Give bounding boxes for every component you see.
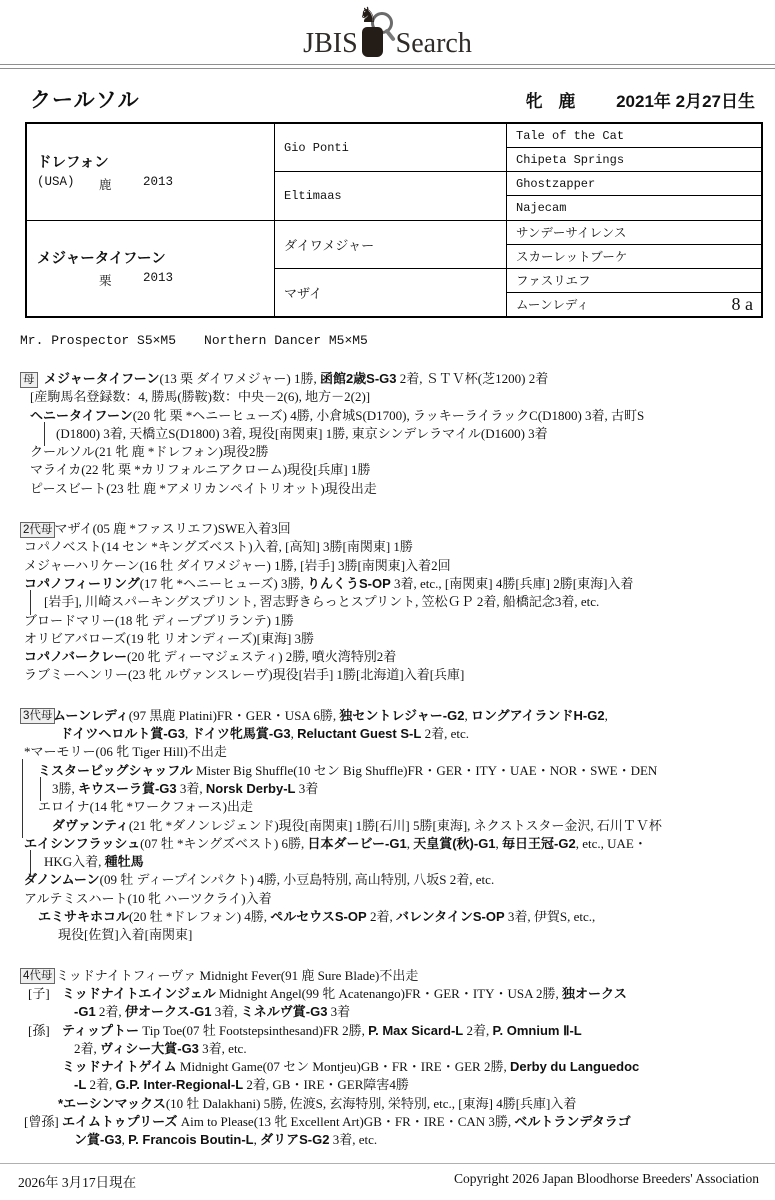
text: 2着, bbox=[463, 1023, 492, 1038]
text: 3着 bbox=[327, 1004, 350, 1019]
great-grandparent-cell: Tale of the Cat bbox=[507, 124, 761, 147]
pedigree-line: クールソル(21 牝 鹿 *ドレフォン)現役2勝 bbox=[0, 443, 775, 461]
text: 3着, 伊賀S, etc., bbox=[505, 909, 596, 924]
great-grandparent-cell: Ghostzapper bbox=[507, 172, 761, 195]
emphasized-text: *エーシンマックス bbox=[58, 1096, 166, 1111]
text: 3着, etc. bbox=[329, 1132, 377, 1147]
emphasized-text: ダヴァンティ bbox=[52, 818, 129, 833]
horse-summary: 牝 鹿 2021年 2月27日生 bbox=[526, 87, 755, 112]
text: Aim to Please(13 牝 Excellent Art)GB・FR・I… bbox=[178, 1114, 515, 1129]
text: (20 牝 栗 *ヘニーヒューズ) 4勝, 小倉城S(D1700), ラッキーラ… bbox=[133, 408, 645, 423]
pedigree-line: ブロードマリー(18 牝 ディープブリランテ) 1勝 bbox=[0, 612, 775, 630]
text: *マザイ(05 鹿 *ファスリエフ)SWE入着3回 bbox=[48, 521, 291, 536]
pedigree-line: マライカ(22 牝 栗 *カリフォルニアクローム)現役[兵庫] 1勝 bbox=[0, 461, 775, 479]
text: Midnight Angel(99 牝 Acatenango)FR・GER・IT… bbox=[216, 986, 562, 1001]
text: , etc., UAE・ bbox=[576, 836, 647, 851]
generation-label: 4代母 bbox=[20, 968, 55, 984]
pedigree-section-third-dam: 3代母*ムーンレディ(97 黒鹿 Platini)FR・GER・USA 6勝, … bbox=[0, 707, 775, 945]
great-grandparent-name: サンデーサイレンス bbox=[516, 223, 626, 241]
inbreeding-item: Northern Dancer M5×M5 bbox=[204, 333, 368, 348]
sire-coat: 鹿 bbox=[99, 175, 143, 193]
text: 2着, bbox=[86, 1077, 115, 1092]
header-divider bbox=[0, 64, 775, 69]
generation-label: 母 bbox=[20, 372, 38, 388]
dam-year: 2013 bbox=[143, 271, 173, 289]
pedigree-line: ダヴァンティ(21 牝 *ダノンレジェンド)現役[南関東] 1勝[石川] 5勝[… bbox=[0, 817, 775, 835]
text: (13 栗 ダイワメジャー) 1勝, bbox=[159, 371, 320, 386]
emphasized-text: P. Francois Boutin-L bbox=[128, 1132, 253, 1147]
great-grandparent-name: ムーンレディ bbox=[516, 295, 589, 313]
emphasized-text: ロングアイランドH-G2 bbox=[471, 708, 605, 723]
text: 2着, etc. bbox=[421, 726, 469, 741]
relation-label: [曾孫] bbox=[24, 1113, 59, 1131]
emphasized-text: ペルセウスS-OP bbox=[270, 909, 366, 924]
emphasized-text: ティップトー bbox=[62, 1023, 139, 1038]
text: (10 牡 Dalakhani) 5勝, 佐渡S, 玄海特別, 栄特別, etc… bbox=[166, 1096, 577, 1111]
great-grandparent-name: Chipeta Springs bbox=[516, 153, 624, 167]
sire-details: (USA)鹿2013 bbox=[37, 175, 274, 193]
text: (20 牡 *ドレフォン) 4勝, bbox=[129, 909, 270, 924]
text: (21 牝 *ダノンレジェンド)現役[南関東] 1勝[石川] 5勝[東海], ネ… bbox=[129, 818, 662, 833]
emphasized-text: 毎日王冠-G2 bbox=[502, 836, 576, 851]
emphasized-text: 独オークス bbox=[562, 986, 627, 1001]
text: 2着, bbox=[367, 909, 396, 924]
emphasized-text: Reluctant Guest S-L bbox=[297, 726, 421, 741]
page-footer: 2026年 3月17日現在 Copyright 2026 Japan Blood… bbox=[0, 1163, 775, 1191]
pedigree-line: -G1 2着, 伊オークス-G1 3着, ミネルヴ賞-G3 3着 bbox=[0, 1003, 775, 1021]
jbis-logo-icon: ♞ bbox=[359, 12, 395, 58]
pedigree-line: ヘニータイフーン(20 牝 栗 *ヘニーヒューズ) 4勝, 小倉城S(D1700… bbox=[0, 407, 775, 425]
text: [岩手], 川崎スパーキングスプリント, 習志野きらっとスプリント, 笠松ＧＰ … bbox=[44, 594, 599, 609]
page-title-horse-name: クールソル bbox=[30, 84, 140, 114]
emphasized-text: ン賞-G3 bbox=[74, 1132, 122, 1147]
pedigree-line: ドイツヘロルト賞-G3, ドイツ牝馬賞-G3, Reluctant Guest … bbox=[0, 725, 775, 743]
emphasized-text: ヴィシー大賞-G3 bbox=[100, 1041, 199, 1056]
text: 2着, GB・IRE・GER障害4勝 bbox=[243, 1077, 409, 1092]
pedigree-dam-block: メジャータイフーン栗2013ダイワメジャーサンデーサイレンススカーレットブーケマ… bbox=[27, 220, 761, 317]
pedigree-line: (D1800) 3着, 天橋立S(D1800) 3着, 現役[南関東] 1勝, … bbox=[0, 425, 775, 443]
text: ラブミーヘンリー(23 牝 ルヴァンスレーヴ)現役[岩手] 1勝[北海道]入着[… bbox=[24, 667, 464, 682]
emphasized-text: 函館2歳S-G3 bbox=[320, 371, 397, 386]
bucket-shape bbox=[362, 27, 383, 57]
pedigree-line: ダノンムーン(09 牡 ディープインパクト) 4勝, 小豆島特別, 高山特別, … bbox=[0, 871, 775, 889]
text: 3着 bbox=[296, 781, 319, 796]
great-grandparent-name: Najecam bbox=[516, 201, 566, 215]
text: ミッドナイトフィーヴァ Midnight Fever(91 鹿 Sure Bla… bbox=[56, 968, 418, 983]
emphasized-text: キウスーラ賞-G3 bbox=[78, 781, 177, 796]
emphasized-text: G.P. Inter-Regional-L bbox=[116, 1077, 244, 1092]
emphasized-text: ダノンムーン bbox=[24, 872, 100, 887]
logo-text-jbis: JBIS bbox=[303, 30, 357, 58]
pedigree-line: オリビアバローズ(19 牝 リオンディーズ)[東海] 3勝 bbox=[0, 630, 775, 648]
text: ピースビート(23 牡 鹿 *アメリカンペイトリオット)現役出走 bbox=[30, 481, 377, 496]
great-grandparent-name: ファスリエフ bbox=[516, 271, 591, 289]
emphasized-text: メジャータイフーン bbox=[44, 371, 159, 386]
emphasized-text: ミッドナイトゲイム bbox=[62, 1059, 177, 1074]
pedigree-line: エイシンフラッシュ(07 牡 *キングズベスト) 6勝, 日本ダービー-G1, … bbox=[0, 835, 775, 853]
emphasized-text: P. Omnium Ⅱ-L bbox=[493, 1023, 582, 1038]
pedigree-line: ラブミーヘンリー(23 牝 ルヴァンスレーヴ)現役[岩手] 1勝[北海道]入着[… bbox=[0, 666, 775, 684]
emphasized-text: -G1 bbox=[74, 1004, 96, 1019]
text: コパノベスト(14 セン *キングズベスト)入着, [高知] 3勝[南関東] 1… bbox=[24, 539, 413, 554]
pedigree-line: -L 2着, G.P. Inter-Regional-L 2着, GB・IRE・… bbox=[0, 1076, 775, 1094]
pedigree-line: [曾孫]エイムトゥプリーズ Aim to Please(13 牝 Excelle… bbox=[0, 1113, 775, 1131]
emphasized-text: コパノバークレー bbox=[24, 649, 127, 664]
text: 2着, bbox=[96, 1004, 125, 1019]
pedigree-line: ミスタービッグシャッフル Mister Big Shuffle(10 セン Bi… bbox=[0, 762, 775, 780]
text: (07 牡 *キングズベスト) 6勝, bbox=[140, 836, 307, 851]
text: (09 牡 ディープインパクト) 4勝, 小豆島特別, 高山特別, 八坂S 2着… bbox=[100, 872, 495, 887]
jbis-pedigree-page: JBIS ♞ Search クールソル 牝 鹿 2021年 2月27日生 ドレフ… bbox=[0, 0, 775, 1200]
relation-label: [孫] bbox=[28, 1022, 50, 1040]
text: 3着, bbox=[177, 781, 206, 796]
emphasized-text: コパノフィーリング bbox=[24, 576, 140, 591]
pedigree-line: エロイナ(14 牝 *ワークフォース)出走 bbox=[0, 798, 775, 816]
dam-name: メジャータイフーン bbox=[37, 247, 274, 268]
text: マライカ(22 牝 栗 *カリフォルニアクローム)現役[兵庫] 1勝 bbox=[30, 462, 371, 477]
text: メジャーハリケーン(16 牡 ダイワメジャー) 1勝, [岩手] 3勝[南関東]… bbox=[24, 558, 451, 573]
great-grandparent-name: Ghostzapper bbox=[516, 177, 595, 191]
text: クールソル(21 牝 鹿 *ドレフォン)現役2勝 bbox=[30, 444, 269, 459]
text: 現役[佐賀]入着[南関東] bbox=[58, 927, 192, 942]
pedigree-line: [岩手], 川崎スパーキングスプリント, 習志野きらっとスプリント, 笠松ＧＰ … bbox=[0, 593, 775, 611]
jbis-search-logo: JBIS ♞ Search bbox=[0, 0, 775, 58]
pedigree-line: ミッドナイトゲイム Midnight Game(07 セン Montjeu)GB… bbox=[0, 1058, 775, 1076]
grandparent-name: マザイ bbox=[275, 269, 507, 316]
grandparent-name: Eltimaas bbox=[275, 172, 507, 219]
generation-label: 2代母 bbox=[20, 522, 55, 538]
great-grandparent-cell: Chipeta Springs bbox=[507, 147, 761, 171]
as-of-date: 2026年 3月17日現在 bbox=[18, 1171, 136, 1191]
pedigree-line: ピースビート(23 牡 鹿 *アメリカンペイトリオット)現役出走 bbox=[0, 480, 775, 498]
emphasized-text: -L bbox=[74, 1077, 86, 1092]
text: エロイナ(14 牝 *ワークフォース)出走 bbox=[38, 799, 253, 814]
text: 3着, etc. bbox=[199, 1041, 247, 1056]
text: 2着, bbox=[74, 1041, 100, 1056]
text: HKG入着, bbox=[44, 854, 105, 869]
emphasized-text: 天皇賞(秋)-G1 bbox=[413, 836, 495, 851]
emphasized-text: ミッドナイトエインジェル bbox=[62, 986, 216, 1001]
logo-text-search: Search bbox=[396, 30, 472, 58]
text: [産駒馬名登録数：4, 勝馬(勝鞍)数：中央－2(6), 地方－2(2)] bbox=[30, 389, 370, 404]
horse-coat: 鹿 bbox=[558, 92, 575, 111]
dam-line-sections: 母メジャータイフーン(13 栗 ダイワメジャー) 1勝, 函館2歳S-G3 2着… bbox=[0, 370, 775, 1150]
sire-origin: (USA) bbox=[37, 175, 99, 193]
dam-cell: メジャータイフーン栗2013 bbox=[27, 221, 275, 317]
grandparent-name: Gio Ponti bbox=[275, 124, 507, 171]
great-grandparent-cell: スカーレットブーケ bbox=[507, 244, 761, 268]
emphasized-text: 伊オークス-G1 bbox=[125, 1004, 212, 1019]
generation-label: 3代母 bbox=[20, 708, 55, 724]
emphasized-text: 種牡馬 bbox=[105, 854, 144, 869]
great-grandparent-cell: ファスリエフ bbox=[507, 269, 761, 292]
horse-icon: ♞ bbox=[359, 5, 378, 26]
text: 3着, etc., [南関東] 4勝[兵庫] 2勝[東海]入着 bbox=[391, 576, 634, 591]
pedigree-section-second-dam: 2代母*マザイ(05 鹿 *ファスリエフ)SWE入着3回コパノベスト(14 セン… bbox=[0, 520, 775, 685]
emphasized-text: ヘニータイフーン bbox=[30, 408, 133, 423]
emphasized-text: エミサキホコル bbox=[38, 909, 129, 924]
inbreeding-item: Mr. Prospector S5×M5 bbox=[20, 333, 176, 348]
dam-details: 栗2013 bbox=[37, 271, 274, 289]
great-grandparent-name: Tale of the Cat bbox=[516, 129, 624, 143]
emphasized-text: Derby du Languedoc bbox=[510, 1059, 639, 1074]
sire-year: 2013 bbox=[143, 175, 173, 193]
text: Midnight Game(07 セン Montjeu)GB・FR・IRE・GE… bbox=[177, 1059, 510, 1074]
text: (17 牝 *ヘニーヒューズ) 3勝, bbox=[140, 576, 307, 591]
pedigree-line: [孫]ティップトー Tip Toe(07 牡 Footstepsinthesan… bbox=[0, 1022, 775, 1040]
sire-name: ドレフォン bbox=[37, 151, 274, 172]
pedigree-line: コパノフィーリング(17 牝 *ヘニーヒューズ) 3勝, りんくうS-OP 3着… bbox=[0, 575, 775, 593]
inbreeding-line: Mr. Prospector S5×M5Northern Dancer M5×M… bbox=[20, 333, 775, 348]
emphasized-text: ドイツヘロルト賞-G3 bbox=[60, 726, 185, 741]
emphasized-text: Norsk Derby-L bbox=[206, 781, 296, 796]
pedigree-section-dam: 母メジャータイフーン(13 栗 ダイワメジャー) 1勝, 函館2歳S-G3 2着… bbox=[0, 370, 775, 498]
pedigree-line: 3勝, キウスーラ賞-G3 3着, Norsk Derby-L 3着 bbox=[0, 780, 775, 798]
text: (D1800) 3着, 天橋立S(D1800) 3着, 現役[南関東] 1勝, … bbox=[56, 426, 548, 441]
pedigree-line: 4代母ミッドナイトフィーヴァ Midnight Fever(91 鹿 Sure … bbox=[0, 967, 775, 985]
emphasized-text: ベルトランデタラゴ bbox=[514, 1114, 630, 1129]
text: Tip Toe(07 牡 Footstepsinthesand)FR 2勝, bbox=[139, 1023, 368, 1038]
copyright-text: Copyright 2026 Japan Bloodhorse Breeders… bbox=[454, 1171, 759, 1191]
emphasized-text: りんくうS-OP bbox=[307, 576, 391, 591]
pedigree-line: 母メジャータイフーン(13 栗 ダイワメジャー) 1勝, 函館2歳S-G3 2着… bbox=[0, 370, 775, 388]
pedigree-line: コパノバークレー(20 牝 ディーマジェスティ) 2勝, 噴火湾特別2着 bbox=[0, 648, 775, 666]
pedigree-line: HKG入着, 種牡馬 bbox=[0, 853, 775, 871]
text: Mister Big Shuffle(10 セン Big Shuffle)FR・… bbox=[193, 763, 658, 778]
emphasized-text: エイシンフラッシュ bbox=[24, 836, 140, 851]
title-row: クールソル 牝 鹿 2021年 2月27日生 bbox=[30, 84, 755, 114]
emphasized-text: バレンタインS-OP bbox=[396, 909, 505, 924]
text: ブロードマリー(18 牝 ディープブリランテ) 1勝 bbox=[24, 613, 294, 628]
pedigree-line: アルテミスハート(10 牝 ハーツクライ)入着 bbox=[0, 890, 775, 908]
emphasized-text: P. Max Sicard-L bbox=[368, 1023, 463, 1038]
pedigree-line: メジャーハリケーン(16 牡 ダイワメジャー) 1勝, [岩手] 3勝[南関東]… bbox=[0, 557, 775, 575]
pedigree-line: *エーシンマックス(10 牡 Dalakhani) 5勝, 佐渡S, 玄海特別,… bbox=[0, 1095, 775, 1113]
emphasized-text: *ムーンレディ bbox=[48, 708, 129, 723]
horse-sex: 牝 bbox=[526, 92, 543, 111]
horse-birthdate: 2021年 2月27日生 bbox=[616, 92, 755, 111]
great-grandparent-cell: Najecam bbox=[507, 195, 761, 219]
text: *マーモリー(06 牝 Tiger Hill)不出走 bbox=[24, 744, 227, 759]
pedigree-line: *マーモリー(06 牝 Tiger Hill)不出走 bbox=[0, 743, 775, 761]
family-number: 8 a bbox=[732, 294, 754, 315]
pedigree-section-fourth-dam: 4代母ミッドナイトフィーヴァ Midnight Fever(91 鹿 Sure … bbox=[0, 967, 775, 1150]
text: (97 黒鹿 Platini)FR・GER・USA 6勝, bbox=[129, 708, 340, 723]
grandparent-name: ダイワメジャー bbox=[275, 221, 507, 268]
emphasized-text: 日本ダービー-G1 bbox=[308, 836, 407, 851]
pedigree-line: [産駒馬名登録数：4, 勝馬(勝鞍)数：中央－2(6), 地方－2(2)] bbox=[0, 388, 775, 406]
text: (20 牝 ディーマジェスティ) 2勝, 噴火湾特別2着 bbox=[127, 649, 396, 664]
emphasized-text: ダリアS-G2 bbox=[260, 1132, 329, 1147]
great-grandparent-name: スカーレットブーケ bbox=[516, 247, 627, 265]
great-grandparent-cell: ムーンレディ8 a bbox=[507, 292, 761, 316]
pedigree-line: 3代母*ムーンレディ(97 黒鹿 Platini)FR・GER・USA 6勝, … bbox=[0, 707, 775, 725]
pedigree-line: 2着, ヴィシー大賞-G3 3着, etc. bbox=[0, 1040, 775, 1058]
text: , bbox=[605, 708, 608, 723]
pedigree-line: コパノベスト(14 セン *キングズベスト)入着, [高知] 3勝[南関東] 1… bbox=[0, 538, 775, 556]
emphasized-text: ミネルヴ賞-G3 bbox=[241, 1004, 328, 1019]
pedigree-line: 現役[佐賀]入着[南関東] bbox=[0, 926, 775, 944]
pedigree-table: ドレフォン(USA)鹿2013Gio PontiTale of the CatC… bbox=[25, 122, 763, 318]
text: 2着, ＳＴＶ杯(芝1200) 2着 bbox=[397, 371, 549, 386]
text: オリビアバローズ(19 牝 リオンディーズ)[東海] 3勝 bbox=[24, 631, 314, 646]
pedigree-line: エミサキホコル(20 牡 *ドレフォン) 4勝, ペルセウスS-OP 2着, バ… bbox=[0, 908, 775, 926]
text: アルテミスハート(10 牝 ハーツクライ)入着 bbox=[24, 891, 272, 906]
pedigree-sire-block: ドレフォン(USA)鹿2013Gio PontiTale of the CatC… bbox=[27, 124, 761, 220]
emphasized-text: エイムトゥプリーズ bbox=[62, 1114, 178, 1129]
emphasized-text: ドイツ牝馬賞-G3 bbox=[192, 726, 291, 741]
relation-label: [子] bbox=[28, 985, 50, 1003]
pedigree-line: [子]ミッドナイトエインジェル Midnight Angel(99 牝 Acat… bbox=[0, 985, 775, 1003]
pedigree-line: 2代母*マザイ(05 鹿 *ファスリエフ)SWE入着3回 bbox=[0, 520, 775, 538]
sire-cell: ドレフォン(USA)鹿2013 bbox=[27, 124, 275, 220]
emphasized-text: ミスタービッグシャッフル bbox=[38, 763, 193, 778]
text: 3勝, bbox=[52, 781, 78, 796]
pedigree-line: ン賞-G3, P. Francois Boutin-L, ダリアS-G2 3着,… bbox=[0, 1131, 775, 1149]
emphasized-text: 独セントレジャー-G2 bbox=[339, 708, 464, 723]
dam-coat: 栗 bbox=[99, 271, 143, 289]
great-grandparent-cell: サンデーサイレンス bbox=[507, 221, 761, 244]
text: 3着, bbox=[211, 1004, 240, 1019]
dam-origin bbox=[37, 271, 99, 289]
